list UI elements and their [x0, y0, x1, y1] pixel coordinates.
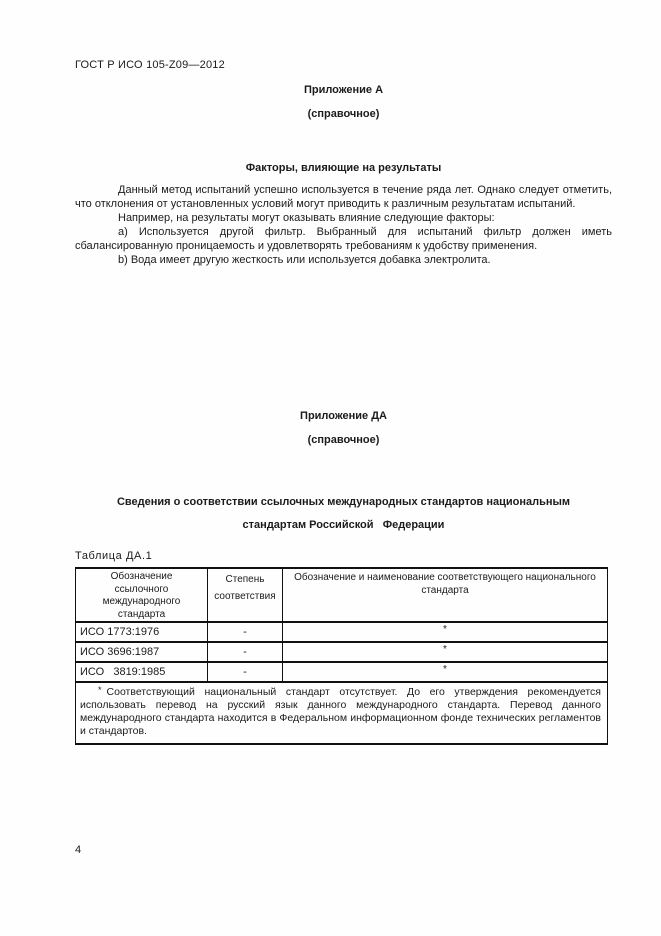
cell-degree: - — [208, 622, 283, 642]
document-standard-code: ГОСТ Р ИСО 105-Z09—2012 — [75, 58, 612, 72]
list-item-b-water: b) Вода имеет другую жесткость или испол… — [75, 253, 612, 267]
appendix-da-subtitle: (справочное) — [75, 433, 612, 447]
column-header-national-standard: Обозначение и наименование соответствующ… — [283, 568, 608, 622]
footnote-text: Соответствующий национальный стандарт от… — [80, 686, 601, 737]
cell-standard-code: ИСО 3819:1985 — [76, 662, 208, 682]
column-header-correspondence-degree: Степень соответствия — [208, 568, 283, 622]
paragraph-factors-intro: Например, на результаты могут оказывать … — [75, 211, 612, 225]
table-label: Таблица ДА.1 — [75, 549, 612, 563]
table-header-row: Обозначение ссылочного международного ст… — [76, 568, 608, 622]
column-header-reference-standard: Обозначение ссылочного международного ст… — [76, 568, 208, 622]
table-row: ИСО 3696:1987 - * — [76, 642, 608, 662]
appendix-da-heading-line2: стандартам Российской Федерации — [75, 514, 612, 537]
table-row: ИСО 1773:1976 - * — [76, 622, 608, 642]
table-row: ИСО 3819:1985 - * — [76, 662, 608, 682]
page-number: 4 — [75, 843, 81, 857]
cell-national-standard: * — [283, 622, 608, 642]
factors-heading: Факторы, влияющие на результаты — [75, 161, 612, 175]
appendix-da-title: Приложение ДА — [75, 409, 612, 423]
list-item-a-filter: a) Используется другой фильтр. Выбранный… — [75, 225, 612, 253]
document-page: ГОСТ Р ИСО 105-Z09—2012 Приложение А (сп… — [0, 0, 661, 936]
paragraph-method-usage: Данный метод испытаний успешно используе… — [75, 183, 612, 211]
appendix-da-heading-line1: Сведения о соответствии ссылочных междун… — [75, 491, 612, 514]
correspondence-table: Обозначение ссылочного международного ст… — [75, 567, 608, 745]
appendix-a-subtitle: (справочное) — [75, 107, 612, 121]
cell-degree: - — [208, 662, 283, 682]
footnote-asterisk: * — [98, 685, 107, 695]
appendix-da-heading: Сведения о соответствии ссылочных междун… — [75, 491, 612, 537]
cell-standard-code: ИСО 3696:1987 — [76, 642, 208, 662]
table-footnote-row: *Соответствующий национальный стандарт о… — [76, 682, 608, 744]
cell-standard-code: ИСО 1773:1976 — [76, 622, 208, 642]
table-footnote: *Соответствующий национальный стандарт о… — [76, 682, 608, 744]
cell-degree: - — [208, 642, 283, 662]
appendix-a-title: Приложение А — [75, 83, 612, 97]
cell-national-standard: * — [283, 662, 608, 682]
cell-national-standard: * — [283, 642, 608, 662]
